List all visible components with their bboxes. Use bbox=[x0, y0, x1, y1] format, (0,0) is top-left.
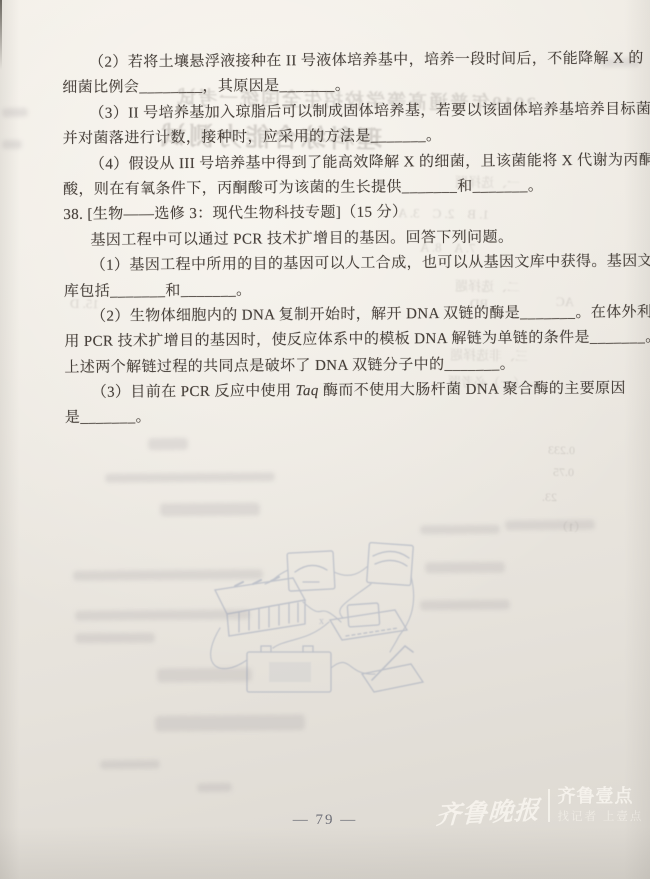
bleedthrough-smudge bbox=[75, 633, 155, 644]
question-line: 库包括_______和_______。 bbox=[64, 276, 566, 305]
question-line: 是_______。 bbox=[65, 403, 567, 432]
question-line: （4）假设从 III 号培养基中得到了能高效降解 X 的细菌，且该菌能将 X 代… bbox=[63, 149, 565, 178]
question-line: 并对菌落进行计数，接种时，应采用的方法是_______。 bbox=[63, 123, 565, 152]
question-line-with-taq: （3）目前在 PCR 反应中使用 Taq 酶而不使用大肠杆菌 DNA 聚合酶的主… bbox=[65, 377, 567, 406]
question-line: 酸，则在有氧条件下，丙酮酸可为该菌的生长提供_______和_______。 bbox=[63, 174, 565, 203]
bleedthrough-smudge bbox=[2, 108, 28, 117]
bleedthrough-smudge bbox=[100, 760, 160, 770]
bleedthrough-value: 23. bbox=[542, 490, 557, 505]
rheostat-sketch bbox=[330, 603, 407, 640]
question-line: 用 PCR 技术扩增目的基因时，使反应体系中的模板 DNA 解链为单链的条件是_… bbox=[64, 326, 566, 355]
qilu-yidian-logo: 齐鲁壹点 bbox=[558, 787, 644, 806]
qilu-evening-news-logo: 齐鲁晚报 bbox=[435, 790, 541, 832]
bleedthrough-smudge bbox=[105, 472, 275, 482]
meter-a-sketch bbox=[287, 551, 335, 591]
taq-enzyme-label: Taq bbox=[296, 383, 319, 399]
question-line-segment: （3）目前在 PCR 反应中使用 bbox=[92, 383, 296, 401]
bleedthrough-value: （1） bbox=[556, 518, 586, 536]
bleedthrough-smudge bbox=[160, 503, 260, 517]
switch-sketch bbox=[362, 646, 423, 692]
meter-b-sketch bbox=[367, 543, 414, 586]
question-line-segment: 酶而不使用大肠杆菌 DNA 聚合酶的主要原因 bbox=[319, 381, 626, 399]
bleedthrough-value: 0.233 bbox=[548, 443, 575, 458]
question-38-header: 38. [生物——选修 3：现代生物科技专题]（15 分） bbox=[63, 199, 565, 228]
watermark-tagline: 找记者 上壹点 bbox=[558, 808, 644, 824]
bleedthrough-smudge bbox=[505, 520, 595, 531]
question-line: （2）生物体细胞内的 DNA 复制开始时，解开 DNA 双链的酶是_______… bbox=[64, 301, 566, 330]
question-line: 细菌比例会________，其原因是_______。 bbox=[62, 72, 564, 101]
question-line: （1）基因工程中所用的目的基因可以人工合成，也可以从基因文库中获得。基因文 bbox=[64, 250, 566, 279]
bleedthrough-smudge bbox=[197, 783, 232, 792]
question-text-block: （2）若将土壤悬浮液接种在 II 号液体培养基中，培养一段时间后，不能降解 X … bbox=[62, 47, 567, 432]
question-line: （3）II 号培养基加入琼脂后可以制成固体培养基，若要以该固体培养基培养目标菌 bbox=[62, 98, 564, 127]
photo-edge-shadow bbox=[0, 0, 2, 70]
battery-pack-sketch bbox=[215, 577, 305, 636]
question-line: 上述两个解链过程的共同点是破坏了 DNA 双链分子中的_______。 bbox=[64, 352, 566, 381]
accumulator-sketch bbox=[247, 646, 331, 692]
bleedthrough-smudge bbox=[148, 438, 188, 450]
question-line: （2）若将土壤悬浮液接种在 II 号液体培养基中，培养一段时间后，不能降解 X … bbox=[62, 47, 564, 76]
watermark-divider bbox=[548, 789, 550, 822]
bleedthrough-smudge bbox=[2, 140, 22, 149]
qilu-watermark: 齐鲁晚报 齐鲁壹点 找记者 上壹点 bbox=[436, 787, 643, 829]
circuit-diagram-bleedthrough: x bbox=[165, 528, 505, 728]
question-line: 基因工程中可以通过 PCR 技术扩增目的基因。回答下列问题。 bbox=[63, 225, 565, 254]
wire-crossing-label: x bbox=[319, 616, 324, 627]
bleedthrough-value: 0.75 bbox=[553, 465, 574, 480]
scanned-exam-page: 2019年普通高等学校招生全国统一考试 理科综合能力测试 一、选择题 1. B … bbox=[0, 0, 650, 879]
